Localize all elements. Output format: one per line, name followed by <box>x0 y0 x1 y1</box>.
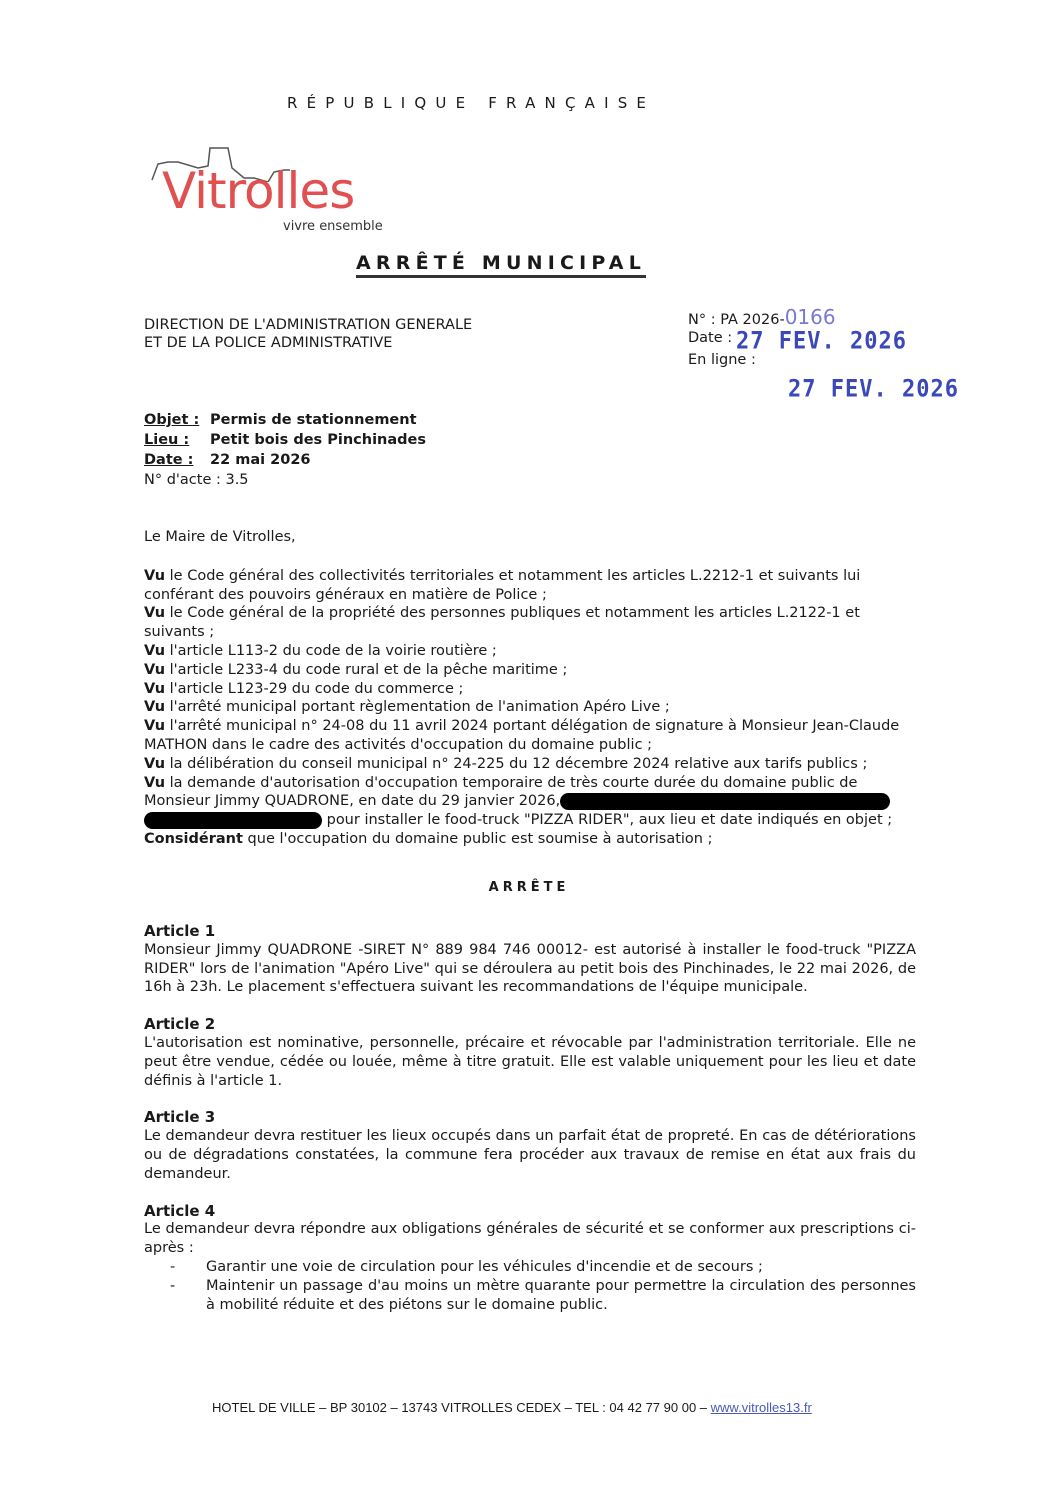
article-bullets: Garantir une voie de circulation pour le… <box>144 1258 916 1314</box>
article-title: Article 3 <box>144 1108 916 1127</box>
article-text: Monsieur Jimmy QUADRONE -SIRET N° 889 98… <box>144 941 916 997</box>
vu-demande-cont: pour installer le food-truck "PIZZA RIDE… <box>144 811 916 830</box>
lieu-value: Petit bois des Pinchinades <box>210 432 426 448</box>
preamble: Le Maire de Vitrolles, Vu le Code généra… <box>144 528 916 849</box>
date-label: Date : <box>144 450 210 470</box>
vu-item: Vu la délibération du conseil municipal … <box>144 755 916 774</box>
opening-line: Le Maire de Vitrolles, <box>144 528 916 547</box>
article-1: Article 1Monsieur Jimmy QUADRONE -SIRET … <box>144 922 916 997</box>
online-stamp: 27 FEV. 2026 <box>788 380 959 400</box>
article-title: Article 4 <box>144 1202 916 1221</box>
objet-label: Objet : <box>144 410 210 430</box>
direction-line-1: DIRECTION DE L'ADMINISTRATION GENERALE <box>144 316 472 334</box>
website-link[interactable]: www.vitrolles13.fr <box>711 1400 812 1415</box>
article-3: Article 3Le demandeur devra restituer le… <box>144 1108 916 1183</box>
lieu-label: Lieu : <box>144 430 210 450</box>
vu-item: Vu l'article L123-29 du code du commerce… <box>144 680 916 699</box>
redaction-bar <box>560 793 890 810</box>
article-4: Article 4Le demandeur devra répondre aux… <box>144 1202 916 1315</box>
reference-block: N° : PA 2026-0166 Date : 27 FEV. 2026 En… <box>688 308 959 399</box>
bullet-item: Garantir une voie de circulation pour le… <box>206 1258 916 1277</box>
vu-demande: Vu la demande d'autorisation d'occupatio… <box>144 774 916 812</box>
article-text: Le demandeur devra répondre aux obligati… <box>144 1220 916 1258</box>
vu-item: Vu l'article L233-4 du code rural et de … <box>144 661 916 680</box>
article-text: L'autorisation est nominative, personnel… <box>144 1034 916 1090</box>
vu-list: Vu le Code général des collectivités ter… <box>144 567 916 774</box>
footer-address: HOTEL DE VILLE – BP 30102 – 13743 VITROL… <box>212 1400 711 1415</box>
bullet-item: Maintenir un passage d'au moins un mètre… <box>206 1277 916 1315</box>
reference-number-label: N° : PA 2026- <box>688 312 785 328</box>
issuing-direction: DIRECTION DE L'ADMINISTRATION GENERALE E… <box>144 316 472 352</box>
article-2: Article 2L'autorisation est nominative, … <box>144 1015 916 1090</box>
subject-block: Objet :Permis de stationnement Lieu :Pet… <box>144 410 426 490</box>
vitrolles-logo: Vitrolles vivre ensemble <box>148 142 398 242</box>
vu-item: Vu l'arrêté municipal n° 24-08 du 11 avr… <box>144 717 916 755</box>
objet-value: Permis de stationnement <box>210 412 417 428</box>
arrete-heading: ARRÊTE <box>0 880 1058 895</box>
document-title: ARRÊTÉ MUNICIPAL <box>356 252 646 278</box>
article-title: Article 2 <box>144 1015 916 1034</box>
logo-tagline: vivre ensemble <box>283 219 383 234</box>
article-title: Article 1 <box>144 922 916 941</box>
date-stamp: 27 FEV. 2026 <box>736 332 959 352</box>
vu-item: Vu le Code général de la propriété des p… <box>144 604 916 642</box>
date-value: 22 mai 2026 <box>210 452 311 468</box>
vu-item: Vu le Code général des collectivités ter… <box>144 567 916 605</box>
vu-item: Vu l'article L113-2 du code de la voirie… <box>144 642 916 661</box>
direction-line-2: ET DE LA POLICE ADMINISTRATIVE <box>144 334 472 352</box>
acte-number: N° d'acte : 3.5 <box>144 470 426 490</box>
article-text: Le demandeur devra restituer les lieux o… <box>144 1127 916 1183</box>
considerant: Considérant que l'occupation du domaine … <box>144 830 916 849</box>
redaction-bar <box>144 812 322 829</box>
republique-francaise-header: RÉPUBLIQUE FRANÇAISE <box>287 94 655 112</box>
footer: HOTEL DE VILLE – BP 30102 – 13743 VITROL… <box>212 1400 812 1415</box>
reference-number-handwritten: 0166 <box>785 305 836 329</box>
logo-wordmark: Vitrolles <box>162 166 354 216</box>
vu-item: Vu l'arrêté municipal portant règlementa… <box>144 698 916 717</box>
articles: Article 1Monsieur Jimmy QUADRONE -SIRET … <box>144 922 916 1332</box>
